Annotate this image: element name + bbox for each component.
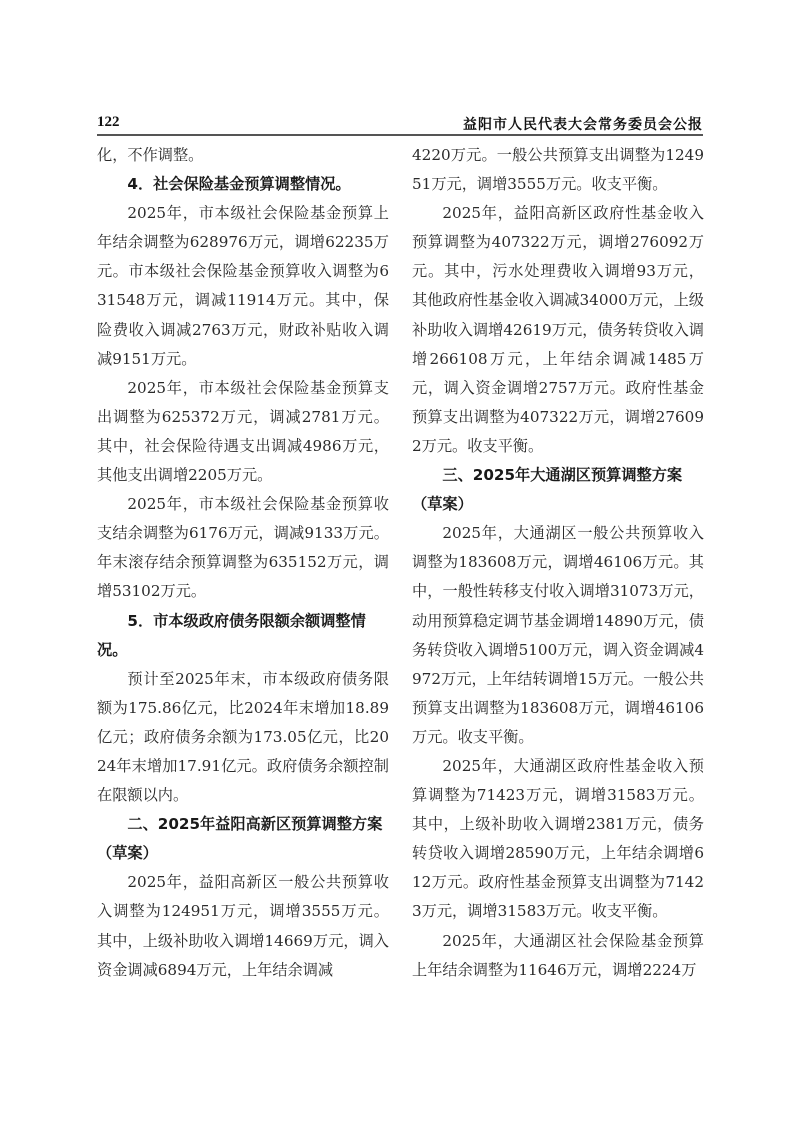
paragraph: 2025年，市本级社会保险基金预算收支结余调整为6176万元，调减9133万元。… xyxy=(97,490,389,606)
page-header: 122 益阳市人民代表大会常务委员会公报 xyxy=(97,114,703,134)
paragraph: 2025年，益阳高新区政府性基金收入预算调整为407322万元，调增276092… xyxy=(412,199,704,461)
paragraph: 化，不作调整。 xyxy=(97,141,389,170)
paragraph: 2025年，益阳高新区一般公共预算收入调整为124951万元，调增3555万元。… xyxy=(97,868,389,984)
section-heading: 三、2025年大通湖区预算调整方案（草案） xyxy=(412,461,704,519)
journal-title: 益阳市人民代表大会常务委员会公报 xyxy=(463,114,703,134)
paragraph: 2025年，大通湖区政府性基金收入预算调整为71423万元，调增31583万元。… xyxy=(412,752,704,927)
paragraph: 4220万元。一般公共预算支出调整为124951万元，调增3555万元。收支平衡… xyxy=(412,141,704,199)
section-heading: 5．市本级政府债务限额余额调整情况。 xyxy=(97,607,389,665)
paragraph: 预计至2025年末，市本级政府债务限额为175.86亿元，比2024年末增加18… xyxy=(97,665,389,810)
paragraph: 2025年，市本级社会保险基金预算上年结余调整为628976万元，调增62235… xyxy=(97,199,389,374)
paragraph: 2025年，大通湖区社会保险基金预算上年结余调整为11646万元，调增2224万 xyxy=(412,927,704,985)
section-heading: 二、2025年益阳高新区预算调整方案（草案） xyxy=(97,810,389,868)
right-column: 4220万元。一般公共预算支出调整为124951万元，调增3555万元。收支平衡… xyxy=(412,141,704,985)
paragraph: 2025年，大通湖区一般公共预算收入调整为183608万元，调增46106万元。… xyxy=(412,519,704,752)
left-column: 化，不作调整。 4．社会保险基金预算调整情况。 2025年，市本级社会保险基金预… xyxy=(97,141,389,985)
header-rule xyxy=(97,134,703,136)
page-number: 122 xyxy=(97,114,120,131)
paragraph: 2025年，市本级社会保险基金预算支出调整为625372万元，调减2781万元。… xyxy=(97,374,389,490)
section-heading: 4．社会保险基金预算调整情况。 xyxy=(97,170,389,199)
